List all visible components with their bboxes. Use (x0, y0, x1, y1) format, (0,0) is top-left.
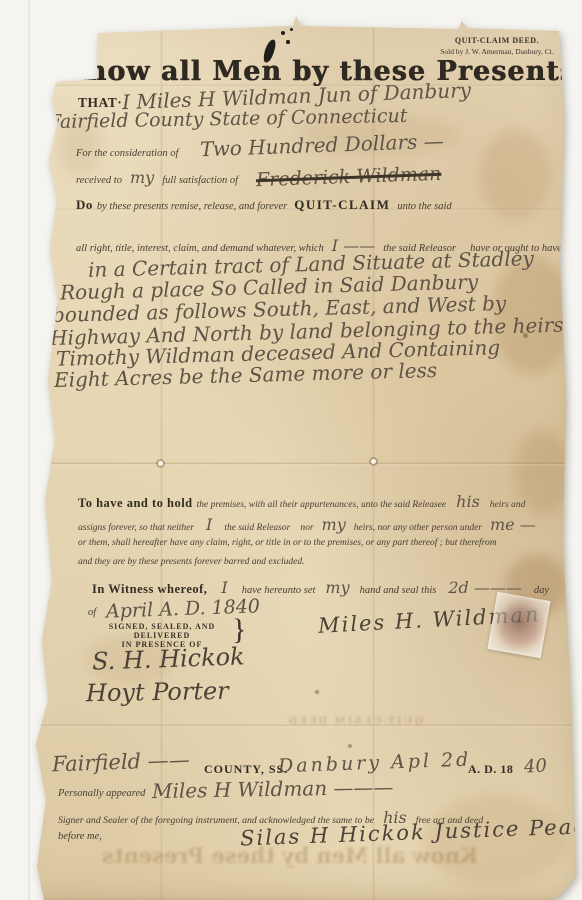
wafer-seal (487, 592, 550, 658)
remise-rest: by these presents remise, release, and f… (97, 201, 287, 212)
place-date-hand: Danbury Apl 2d (278, 749, 472, 778)
pinhole (371, 459, 376, 464)
appeared-name-hand: Miles H Wildman ——— (152, 775, 394, 803)
habendum-line-3: or them, shall hereafter have any claim,… (78, 538, 497, 548)
habendum-2a: assigns forever, so that neither (78, 523, 194, 533)
witness-signature-1: S. H. Hickok (92, 642, 246, 675)
bleedthrough-small: QUIT-CLAIM DEED (255, 716, 455, 727)
presence-line1: SIGNED, SEALED, AND DELIVERED (92, 622, 232, 640)
witness-lead: In Witness whereof, (92, 582, 207, 596)
fold-crease (0, 462, 582, 466)
received-suffix: full satisfaction of (162, 175, 238, 186)
habendum-2b: the said Releasor (224, 523, 290, 533)
deed-paper-sheet: QUIT-CLAIM DEED. Sold by J. W. Amerman, … (0, 0, 582, 900)
witness-mid1: have hereunto set (242, 585, 316, 596)
witness-signature-2: Hoyt Porter (86, 677, 229, 707)
ad-year-hand: 40 (523, 755, 547, 778)
habendum-nor: nor (300, 523, 313, 533)
deed-paper-wrap: QUIT-CLAIM DEED. Sold by J. W. Amerman, … (0, 0, 582, 900)
before-me-label: before me, (58, 831, 102, 842)
fox-spot (315, 690, 319, 694)
witness-my-hand: my (325, 578, 349, 597)
consideration-value-hand: Two Hundred Dollars — (200, 129, 444, 161)
ad-print: A. D. 18 (468, 762, 513, 777)
county-hand: Fairfield —— (52, 748, 190, 777)
habendum-2c: heirs, nor any other person under (354, 523, 482, 533)
habendum-my-hand: my (322, 515, 346, 534)
habendum-lead: To have and to hold (78, 496, 193, 510)
consideration-label: For the consideration of (76, 148, 178, 159)
ink-blot-dot (281, 31, 285, 35)
county-label: COUNTY, SS. (204, 762, 288, 777)
received-prefix: received to (76, 175, 122, 186)
quitclaim-word: QUIT-CLAIM (294, 197, 390, 212)
witness-mid2: hand and seal this (360, 585, 437, 596)
habendum-line-1: To have and to hold the premises, with a… (78, 492, 525, 512)
quitclaim-line: Do by these presents remise, release, an… (76, 196, 452, 214)
habendum-1b: heirs and (490, 500, 526, 510)
fox-spot (348, 744, 352, 748)
releasee-name-struck: Frederick Wildman (256, 163, 442, 191)
date-of: of (88, 607, 96, 618)
habendum-1a: the premises, with all their appurtenanc… (197, 500, 447, 510)
witness-whereof-line: In Witness whereof, I have hereunto set … (92, 578, 549, 598)
habendum-line-2: assigns forever, so that neither I the s… (78, 515, 536, 535)
ink-blot-dot (290, 28, 293, 31)
pinhole (158, 461, 163, 466)
remise-lead: Do (76, 197, 93, 212)
corner-note: QUIT-CLAIM DEED. Sold by J. W. Amerman, … (432, 36, 562, 57)
habendum-me-hand: me — (490, 515, 536, 534)
stain (480, 130, 550, 220)
remise-tail: unto the said (397, 201, 451, 212)
received-my-hand: my (130, 168, 154, 187)
corner-note-line1: QUIT-CLAIM DEED. (432, 36, 562, 47)
ink-blot-dot (286, 40, 290, 44)
that-label: THAT· (78, 95, 122, 111)
habendum-his-hand: his (456, 492, 480, 511)
habendum-line-4: and they are by these presents forever b… (78, 557, 305, 567)
day-word: day (534, 585, 549, 596)
appeared-label: Personally appeared (58, 788, 145, 799)
received-line: received to my full satisfaction of Fred… (76, 166, 441, 188)
witness-I-hand: I (221, 578, 227, 597)
habendum-I-hand: I (206, 515, 212, 534)
